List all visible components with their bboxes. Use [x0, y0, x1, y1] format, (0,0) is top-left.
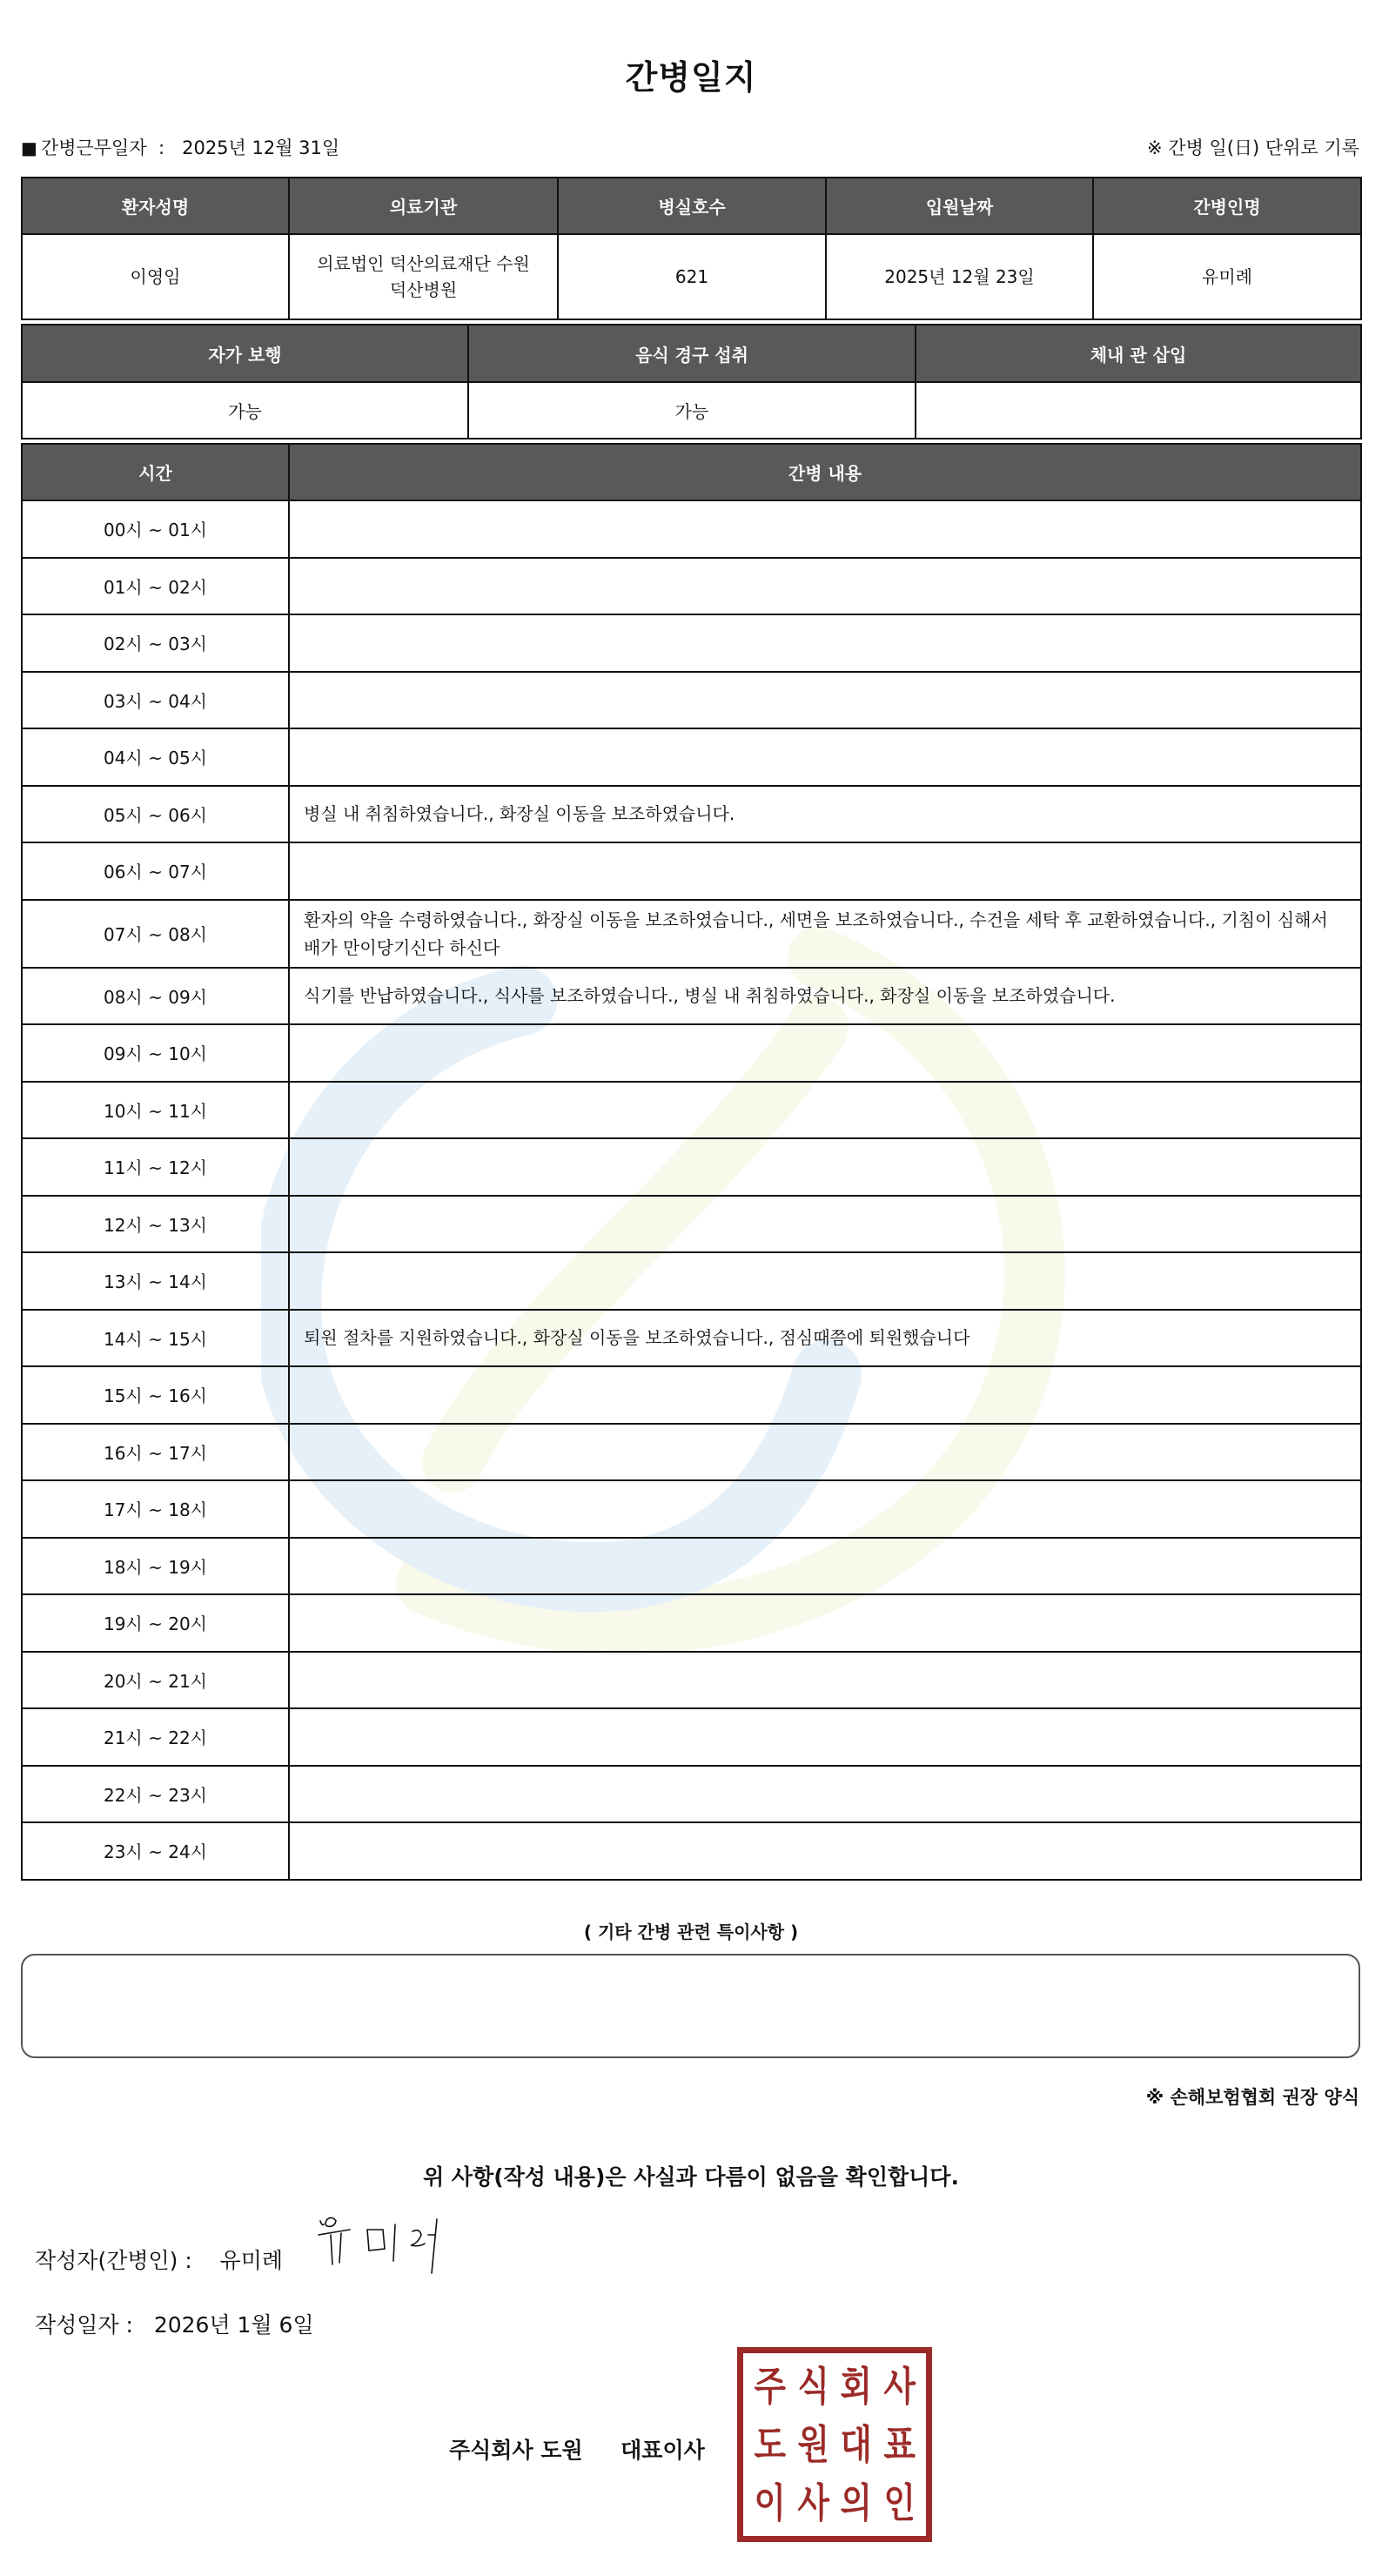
header-medical-institution: 의료기관 [289, 178, 558, 234]
log-content [289, 1138, 1361, 1196]
company-name: 주식회사 도원 [449, 2438, 583, 2463]
stamp-character: 회 [838, 2357, 874, 2415]
written-date-label: 작성일자 : [35, 2312, 133, 2338]
document-title: 간병일지 [0, 50, 1382, 98]
log-row: 12시 ~ 13시 [22, 1196, 1361, 1253]
log-time: 08시 ~ 09시 [22, 968, 289, 1025]
log-time: 01시 ~ 02시 [22, 558, 289, 615]
log-content [289, 558, 1361, 615]
header-oral-intake: 음식 경구 섭취 [468, 325, 916, 382]
hourly-care-log-table: 시간 간병 내용 00시 ~ 01시01시 ~ 02시02시 ~ 03시03시 … [21, 443, 1362, 1881]
log-row: 09시 ~ 10시 [22, 1024, 1361, 1082]
log-content [289, 1196, 1361, 1253]
remarks-box [21, 1954, 1360, 2058]
log-time: 11시 ~ 12시 [22, 1138, 289, 1196]
log-time: 00시 ~ 01시 [22, 500, 289, 558]
status-value-row: 가능 가능 [22, 382, 1361, 439]
tube-insertion-value [916, 382, 1361, 439]
writer-line: 작성자(간병인) : 유미례 [35, 2244, 283, 2275]
writer-label: 작성자(간병인) : [35, 2248, 192, 2273]
log-time: 04시 ~ 05시 [22, 728, 289, 786]
log-row: 22시 ~ 23시 [22, 1766, 1361, 1823]
stamp-character: 이 [752, 2474, 788, 2532]
header-caregiver-name: 간병인명 [1093, 178, 1361, 234]
stamp-character: 의 [838, 2474, 874, 2532]
log-content: 환자의 약을 수령하였습니다., 화장실 이동을 보조하였습니다., 세면을 보… [289, 900, 1361, 968]
stamp-character: 원 [795, 2415, 831, 2473]
company-seal-stamp: 주식회사도원대표이사의인 [737, 2347, 932, 2542]
header-self-walking: 자가 보행 [22, 325, 468, 382]
work-date-line: ■간병근무일자 : 2025년 12월 31일 [21, 134, 339, 160]
company-role: 대표이사 [621, 2438, 705, 2463]
log-content [289, 842, 1361, 900]
patient-name: 이영임 [22, 234, 289, 319]
info-value-row: 이영임 의료법인 덕산의료재단 수원 덕산병원 621 2025년 12월 23… [22, 234, 1361, 319]
log-content [289, 728, 1361, 786]
log-row: 07시 ~ 08시환자의 약을 수령하였습니다., 화장실 이동을 보조하였습니… [22, 900, 1361, 968]
log-row: 13시 ~ 14시 [22, 1252, 1361, 1310]
log-row: 17시 ~ 18시 [22, 1480, 1361, 1538]
log-content [289, 1424, 1361, 1481]
room-number: 621 [558, 234, 826, 319]
medical-institution-text: 의료법인 덕산의료재단 수원 덕산병원 [306, 251, 541, 303]
header-admission-date: 입원날짜 [826, 178, 1093, 234]
confirmation-statement: 위 사항(작성 내용)은 사실과 다름이 없음을 확인합니다. [0, 2160, 1382, 2191]
log-content [289, 1366, 1361, 1424]
square-marker-icon: ■ [21, 138, 37, 158]
log-time: 21시 ~ 22시 [22, 1708, 289, 1766]
log-time: 06시 ~ 07시 [22, 842, 289, 900]
patient-status-table: 자가 보행 음식 경구 섭취 체내 관 삽입 가능 가능 [21, 324, 1362, 439]
log-row: 16시 ~ 17시 [22, 1424, 1361, 1481]
log-time: 03시 ~ 04시 [22, 672, 289, 729]
log-row: 19시 ~ 20시 [22, 1594, 1361, 1652]
work-date-separator: : [158, 138, 164, 158]
log-content [289, 500, 1361, 558]
log-time: 18시 ~ 19시 [22, 1538, 289, 1595]
log-time: 19시 ~ 20시 [22, 1594, 289, 1652]
log-time: 17시 ~ 18시 [22, 1480, 289, 1538]
header-tube-insertion: 체내 관 삽입 [916, 325, 1361, 382]
log-time: 09시 ~ 10시 [22, 1024, 289, 1082]
stamp-character: 도 [752, 2415, 788, 2473]
log-row: 23시 ~ 24시 [22, 1822, 1361, 1880]
log-row: 00시 ~ 01시 [22, 500, 1361, 558]
medical-institution: 의료법인 덕산의료재단 수원 덕산병원 [289, 234, 558, 319]
log-header-row: 시간 간병 내용 [22, 444, 1361, 500]
log-content [289, 1538, 1361, 1595]
stamp-character: 사 [882, 2357, 917, 2415]
log-row: 20시 ~ 21시 [22, 1652, 1361, 1709]
log-row: 02시 ~ 03시 [22, 614, 1361, 672]
header-room-number: 병실호수 [558, 178, 826, 234]
log-content [289, 1652, 1361, 1709]
patient-info-table: 환자성명 의료기관 병실호수 입원날짜 간병인명 이영임 의료법인 덕산의료재단… [21, 177, 1362, 320]
info-header-row: 환자성명 의료기관 병실호수 입원날짜 간병인명 [22, 178, 1361, 234]
log-content [289, 672, 1361, 729]
log-time: 22시 ~ 23시 [22, 1766, 289, 1823]
stamp-character: 주 [752, 2357, 788, 2415]
log-row: 05시 ~ 06시병실 내 취침하였습니다., 화장실 이동을 보조하였습니다. [22, 786, 1361, 843]
caregiver-name: 유미례 [1093, 234, 1361, 319]
log-row: 14시 ~ 15시퇴원 절차를 지원하였습니다., 화장실 이동을 보조하였습니… [22, 1310, 1361, 1367]
log-row: 18시 ~ 19시 [22, 1538, 1361, 1595]
stamp-character: 사 [795, 2474, 831, 2532]
log-time: 14시 ~ 15시 [22, 1310, 289, 1367]
log-row: 06시 ~ 07시 [22, 842, 1361, 900]
oral-intake-value: 가능 [468, 382, 916, 439]
stamp-character: 표 [882, 2415, 917, 2473]
log-content [289, 1594, 1361, 1652]
log-time: 02시 ~ 03시 [22, 614, 289, 672]
log-row: 11시 ~ 12시 [22, 1138, 1361, 1196]
stamp-character: 식 [795, 2357, 831, 2415]
log-time: 13시 ~ 14시 [22, 1252, 289, 1310]
log-content [289, 614, 1361, 672]
admission-date: 2025년 12월 23일 [826, 234, 1093, 319]
handwritten-signature-icon [315, 2212, 454, 2282]
log-row: 10시 ~ 11시 [22, 1082, 1361, 1139]
log-time: 20시 ~ 21시 [22, 1652, 289, 1709]
log-content: 식기를 반납하였습니다., 식사를 보조하였습니다., 병실 내 취침하였습니다… [289, 968, 1361, 1025]
log-content [289, 1252, 1361, 1310]
log-content [289, 1082, 1361, 1139]
form-source-note: ※ 손해보험협회 권장 양식 [1146, 2083, 1359, 2110]
written-date-line: 작성일자 : 2026년 1월 6일 [35, 2308, 314, 2339]
daily-record-note: ※ 간병 일(日) 단위로 기록 [1147, 134, 1359, 160]
log-content [289, 1708, 1361, 1766]
log-time: 23시 ~ 24시 [22, 1822, 289, 1880]
header-care-content: 간병 내용 [289, 444, 1361, 500]
stamp-character: 인 [882, 2474, 917, 2532]
writer-name: 유미례 [220, 2248, 283, 2273]
work-date-label: 간병근무일자 [41, 138, 147, 158]
log-row: 01시 ~ 02시 [22, 558, 1361, 615]
remarks-title: ( 기타 간병 관련 특이사항 ) [0, 1918, 1382, 1943]
log-row: 15시 ~ 16시 [22, 1366, 1361, 1424]
stamp-character: 대 [838, 2415, 874, 2473]
company-line: 주식회사 도원 대표이사 [449, 2433, 705, 2465]
log-content [289, 1822, 1361, 1880]
log-content: 병실 내 취침하였습니다., 화장실 이동을 보조하였습니다. [289, 786, 1361, 843]
log-content [289, 1766, 1361, 1823]
log-time: 16시 ~ 17시 [22, 1424, 289, 1481]
log-content: 퇴원 절차를 지원하였습니다., 화장실 이동을 보조하였습니다., 점심때쯤에… [289, 1310, 1361, 1367]
log-row: 21시 ~ 22시 [22, 1708, 1361, 1766]
header-patient-name: 환자성명 [22, 178, 289, 234]
log-time: 12시 ~ 13시 [22, 1196, 289, 1253]
log-time: 07시 ~ 08시 [22, 900, 289, 968]
log-time: 15시 ~ 16시 [22, 1366, 289, 1424]
log-content [289, 1024, 1361, 1082]
self-walking-value: 가능 [22, 382, 468, 439]
log-content [289, 1480, 1361, 1538]
log-row: 04시 ~ 05시 [22, 728, 1361, 786]
log-time: 10시 ~ 11시 [22, 1082, 289, 1139]
status-header-row: 자가 보행 음식 경구 섭취 체내 관 삽입 [22, 325, 1361, 382]
log-time: 05시 ~ 06시 [22, 786, 289, 843]
log-row: 08시 ~ 09시식기를 반납하였습니다., 식사를 보조하였습니다., 병실 … [22, 968, 1361, 1025]
header-time: 시간 [22, 444, 289, 500]
log-row: 03시 ~ 04시 [22, 672, 1361, 729]
written-date-value: 2026년 1월 6일 [154, 2312, 314, 2338]
work-date-value: 2025년 12월 31일 [182, 138, 339, 158]
